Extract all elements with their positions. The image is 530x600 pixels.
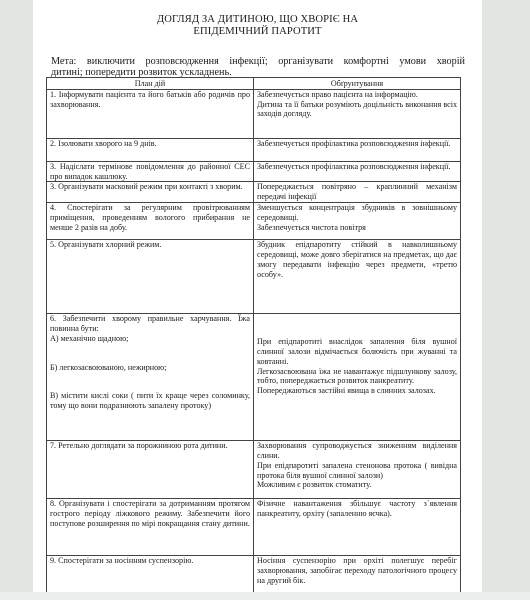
reason-text: Попереджаються застійні явища в слинних … bbox=[257, 386, 457, 396]
reason-text: Збудник епідпаротиту стійкий в навколишн… bbox=[257, 240, 457, 279]
table-row: 8. Організувати і спостерігати за дотрим… bbox=[47, 499, 461, 556]
plan-text: 1. Інформувати пацієнта та його батьків … bbox=[50, 90, 250, 109]
bottom-strip bbox=[0, 592, 530, 600]
plan-text: 9. Спостерігати за носінням суспензорію. bbox=[50, 556, 250, 566]
table-row: 9. Спостерігати за носінням суспензорію.… bbox=[47, 556, 461, 596]
plan-cell: 8. Організувати і спостерігати за дотрим… bbox=[47, 499, 254, 556]
plan-cell: 1. Інформувати пацієнта та його батьків … bbox=[47, 90, 254, 139]
plan-text: 3. Організувати масковий режим при конта… bbox=[50, 182, 250, 192]
reason-cell: Забезпечується профілактика розповсюджен… bbox=[254, 162, 461, 182]
table-row: 7. Ретельно доглядати за порожниною рота… bbox=[47, 441, 461, 499]
plan-cell: 3. Організувати масковий режим при конта… bbox=[47, 182, 254, 203]
reason-text: Захворювання супроводжується зниженням в… bbox=[257, 441, 457, 460]
reason-text: Можливим є розвиток стоматиту. bbox=[257, 480, 457, 490]
document-title: ДОГЛЯД ЗА ДИТИНОЮ, ЩО ХВОРІЄ НА ЕПІДЕМІЧ… bbox=[33, 14, 482, 38]
reason-cell: Забезпечується право пацієнта на інформа… bbox=[254, 90, 461, 139]
plan-text: 3. Надіслати термінове повідомлення до р… bbox=[50, 162, 250, 181]
table-row: 5. Організувати хлорний режим.Збудник еп… bbox=[47, 240, 461, 314]
table-row: 3. Організувати масковий режим при конта… bbox=[47, 182, 461, 203]
reason-cell: Носіння суспензорію при орхіті полегшує … bbox=[254, 556, 461, 596]
plan-text: 5. Організувати хлорний режим. bbox=[50, 240, 250, 250]
title-line-2: ЕПІДЕМІЧНИЙ ПАРОТИТ bbox=[33, 26, 482, 38]
table-header-row: План дій Обґрунтування bbox=[47, 78, 461, 90]
reason-cell: Захворювання супроводжується зниженням в… bbox=[254, 441, 461, 499]
plan-cell: 3. Надіслати термінове повідомлення до р… bbox=[47, 162, 254, 182]
reason-text: Фізичне навантаження збільшує частоту з᾽… bbox=[257, 499, 457, 518]
header-plan: План дій bbox=[47, 78, 254, 90]
reason-cell: Зменшується концентрація збудників в зов… bbox=[254, 203, 461, 240]
reason-text: Забезпечується чистота повітря bbox=[257, 223, 457, 233]
header-reason: Обґрунтування bbox=[254, 78, 461, 90]
reason-text: При епідпаротиті внаслідок запалення біл… bbox=[257, 337, 457, 366]
reason-text: Дитина та її батьки розуміють доцільніст… bbox=[257, 100, 457, 119]
reason-text: Зменшується концентрація збудників в зов… bbox=[257, 203, 457, 222]
goal-paragraph: Мета: виключити розповсюдження інфекції;… bbox=[51, 56, 465, 78]
plan-cell: 2. Ізолювати хворого на 9 днів. bbox=[47, 139, 254, 162]
reason-text: Забезпечується право пацієнта на інформа… bbox=[257, 90, 457, 100]
reason-cell: Попереджається повітряно – краплинний ме… bbox=[254, 182, 461, 203]
plan-text: 4. Спостерігати за регулярним провітрюва… bbox=[50, 203, 250, 232]
table-row: 3. Надіслати термінове повідомлення до р… bbox=[47, 162, 461, 182]
title-line-1: ДОГЛЯД ЗА ДИТИНОЮ, ЩО ХВОРІЄ НА bbox=[33, 14, 482, 26]
reason-cell: Фізичне навантаження збільшує частоту з᾽… bbox=[254, 499, 461, 556]
plan-text: В) містити кислі соки ( пити їх краще че… bbox=[50, 391, 250, 410]
reason-text: При епідпаротиті запалена стенонова прот… bbox=[257, 461, 457, 480]
table-row: 4. Спостерігати за регулярним провітрюва… bbox=[47, 203, 461, 240]
goal-line-1: Мета: виключити розповсюдження інфекції;… bbox=[51, 56, 465, 67]
plan-text: Б) легкозасвоюваною, нежирною; bbox=[50, 363, 250, 373]
spacer bbox=[50, 372, 250, 391]
plan-text: 2. Ізолювати хворого на 9 днів. bbox=[50, 139, 250, 149]
plan-cell: 7. Ретельно доглядати за порожниною рота… bbox=[47, 441, 254, 499]
table-row: 6. Забезпечити хворому правильне харчува… bbox=[47, 314, 461, 441]
plan-text: 7. Ретельно доглядати за порожниною рота… bbox=[50, 441, 250, 451]
care-plan-table: План дій Обґрунтування 1. Інформувати па… bbox=[46, 77, 461, 596]
reason-text: Легкозасвоювана їжа не навантажує підшлу… bbox=[257, 367, 457, 386]
table-row: 1. Інформувати пацієнта та його батьків … bbox=[47, 90, 461, 139]
plan-cell: 9. Спостерігати за носінням суспензорію. bbox=[47, 556, 254, 596]
plan-text: 6. Забезпечити хворому правильне харчува… bbox=[50, 314, 250, 333]
plan-text: 8. Організувати і спостерігати за дотрим… bbox=[50, 499, 250, 528]
plan-cell: 4. Спостерігати за регулярним провітрюва… bbox=[47, 203, 254, 240]
spacer bbox=[50, 344, 250, 363]
reason-cell: При епідпаротиті внаслідок запалення біл… bbox=[254, 314, 461, 441]
reason-text: Забезпечується профілактика розповсюджен… bbox=[257, 162, 457, 172]
spacer bbox=[257, 314, 457, 337]
plan-cell: 5. Організувати хлорний режим. bbox=[47, 240, 254, 314]
plan-text: А) механічно щадною; bbox=[50, 334, 250, 344]
reason-text: Забезпечується профілактика розповсюджен… bbox=[257, 139, 457, 149]
reason-cell: Забезпечується профілактика розповсюджен… bbox=[254, 139, 461, 162]
reason-cell: Збудник епідпаротиту стійкий в навколишн… bbox=[254, 240, 461, 314]
document-page: ДОГЛЯД ЗА ДИТИНОЮ, ЩО ХВОРІЄ НА ЕПІДЕМІЧ… bbox=[33, 0, 482, 592]
plan-cell: 6. Забезпечити хворому правильне харчува… bbox=[47, 314, 254, 441]
table-row: 2. Ізолювати хворого на 9 днів.Забезпечу… bbox=[47, 139, 461, 162]
reason-text: Носіння суспензорію при орхіті полегшує … bbox=[257, 556, 457, 585]
reason-text: Попереджається повітряно – краплинний ме… bbox=[257, 182, 457, 201]
